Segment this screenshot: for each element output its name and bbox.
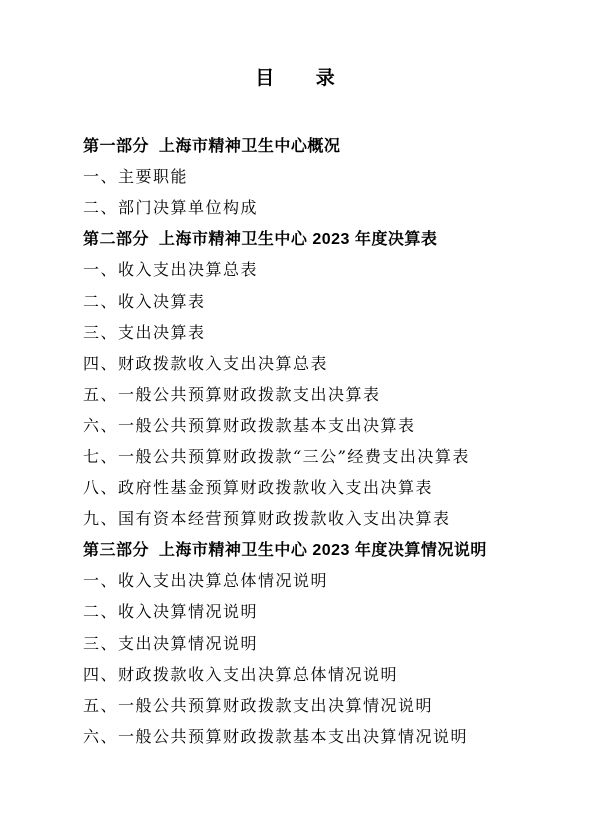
- toc-item: 四、财政拨款收入支出决算总体情况说明: [83, 658, 551, 689]
- toc-item: 五、一般公共预算财政拨款支出决算表: [83, 378, 551, 409]
- toc-list: 第一部分 上海市精神卫生中心概况 一、主要职能 二、部门决算单位构成 第二部分 …: [0, 129, 591, 751]
- toc-item: 一、收入支出决算总体情况说明: [83, 564, 551, 595]
- toc-title: 目 录: [0, 0, 591, 90]
- toc-item: 四、财政拨款收入支出决算总表: [83, 347, 551, 378]
- toc-item: 一、主要职能: [83, 160, 551, 191]
- toc-part-heading: 第一部分 上海市精神卫生中心概况: [83, 129, 551, 160]
- toc-item: 二、收入决算表: [83, 284, 551, 315]
- toc-item: 七、一般公共预算财政拨款“三公”经费支出决算表: [83, 440, 551, 471]
- toc-part-heading: 第三部分 上海市精神卫生中心 2023 年度决算情况说明: [83, 533, 551, 564]
- document-page: 目 录 第一部分 上海市精神卫生中心概况 一、主要职能 二、部门决算单位构成 第…: [0, 0, 591, 832]
- toc-item: 六、一般公共预算财政拨款基本支出决算表: [83, 409, 551, 440]
- toc-item: 三、支出决算表: [83, 316, 551, 347]
- toc-item: 三、支出决算情况说明: [83, 627, 551, 658]
- toc-item: 二、收入决算情况说明: [83, 595, 551, 626]
- toc-item: 九、国有资本经营预算财政拨款收入支出决算表: [83, 502, 551, 533]
- toc-item: 二、部门决算单位构成: [83, 191, 551, 222]
- toc-item: 八、政府性基金预算财政拨款收入支出决算表: [83, 471, 551, 502]
- toc-item: 六、一般公共预算财政拨款基本支出决算情况说明: [83, 720, 551, 751]
- toc-item: 五、一般公共预算财政拨款支出决算情况说明: [83, 689, 551, 720]
- toc-part-heading: 第二部分 上海市精神卫生中心 2023 年度决算表: [83, 222, 551, 253]
- toc-item: 一、收入支出决算总表: [83, 253, 551, 284]
